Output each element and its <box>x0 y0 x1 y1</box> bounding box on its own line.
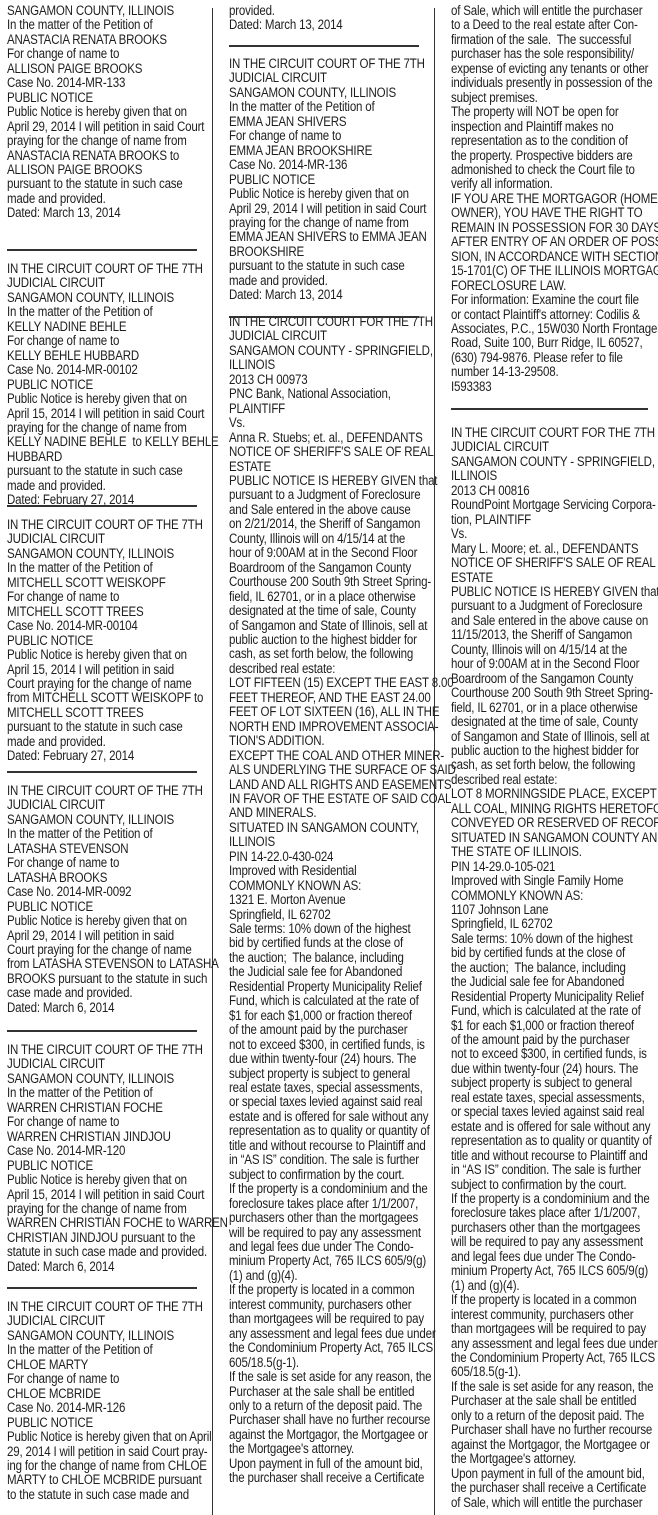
notice-line: If the property is located in a common <box>229 1283 429 1297</box>
notice-line: due within twenty-four (24) hours. The <box>451 1062 651 1076</box>
notice-line: HUBBARD <box>7 450 207 464</box>
notice-line: April 29, 2014 I will petition in said <box>7 929 207 943</box>
notice-line: Case No. 2014-MR-120 <box>7 1144 207 1158</box>
notice-line: the auction; The balance, including <box>451 961 651 975</box>
notice-line: Court praying for the change of name <box>7 677 207 691</box>
notice-line: subject to confirmation by the court. <box>451 1178 651 1192</box>
notice-line: Anna R. Stuebs; et. al., DEFENDANTS <box>229 431 429 445</box>
notice-line: tion, PLAINTIFF <box>451 513 651 527</box>
notice-line: $1 for each $1,000 or fraction thereof <box>451 1019 651 1033</box>
notice-line: Vs. <box>229 416 429 430</box>
notice-separator-rule <box>229 316 419 318</box>
notice-line: ILLINOIS <box>451 469 651 483</box>
notice-line: statute in such case made and provided. <box>7 1245 207 1259</box>
notice-line: Case No. 2014-MR-00104 <box>7 619 207 633</box>
notice-line: against the Mortgagor, the Mortgagee or <box>229 1428 429 1442</box>
notice-line: NORTH END IMPROVEMENT ASSOCIA- <box>229 720 429 734</box>
notice-line: title and without recourse to Plaintiff … <box>451 1149 651 1163</box>
notice-line: FORECLOSURE LAW. <box>451 279 651 293</box>
notice-line: interest community, purchasers other <box>229 1298 429 1312</box>
notice-line: and Sale entered in the above cause <box>229 503 429 517</box>
notice-line: public auction to the highest bidder for <box>451 744 651 758</box>
notice-line: Improved with Residential <box>229 864 429 878</box>
notice-line: made and provided. <box>7 735 207 749</box>
notice-line: IN THE CIRCUIT COURT FOR THE 7TH <box>451 426 651 440</box>
notice-line: the purchaser shall receive a Certificat… <box>451 1481 651 1495</box>
notice-line: Springfield, IL 62702 <box>451 917 651 931</box>
notice-line: Case No. 2014-MR-0092 <box>7 885 207 899</box>
notice-line: Residential Property Municipality Relief <box>451 990 651 1004</box>
notice-line: $1 for each $1,000 or fraction thereof <box>229 1009 429 1023</box>
notice-line: ALS UNDERLYING THE SURFACE OF SAID <box>229 763 429 777</box>
notice-line: individuals presently in possession of t… <box>451 76 651 90</box>
notice-line: OWNER), YOU HAVE THE RIGHT TO <box>451 206 651 220</box>
notice-line: Dated: March 13, 2014 <box>7 206 207 220</box>
notice-line: the Mortgagee's attorney. <box>451 1452 651 1466</box>
notice-line: PUBLIC NOTICE IS HEREBY GIVEN that <box>229 474 429 488</box>
legal-notice: IN THE CIRCUIT COURT OF THE 7THJUDICIAL … <box>7 518 207 764</box>
notice-line: LOT FIFTEEN (15) EXCEPT THE EAST 8.00 <box>229 676 429 690</box>
notice-line: SANGAMON COUNTY, ILLINOIS <box>7 4 207 18</box>
notice-line: THE STATE OF ILLINOIS. <box>451 845 651 859</box>
notice-line: PNC Bank, National Association, <box>229 387 429 401</box>
notice-line: the Judicial sale fee for Abandoned <box>451 975 651 989</box>
notice-line: from LATASHA STEVENSON to LATASHA <box>7 957 207 971</box>
notice-line: LATASHA BROOKS <box>7 871 207 885</box>
notice-line: estate and is offered for sale without a… <box>229 1110 429 1124</box>
notice-line: MITCHELL SCOTT TREES <box>7 706 207 720</box>
notice-line: subject premises. <box>451 91 651 105</box>
notice-line: Fund, which is calculated at the rate of <box>451 1004 651 1018</box>
notice-line: REMAIN IN POSSESSION FOR 30 DAYS <box>451 221 651 235</box>
notice-line: inspection and Plaintiff makes no <box>451 120 651 134</box>
notice-line: firmation of the sale. The successful <box>451 33 651 47</box>
notice-line: SANGAMON COUNTY, ILLINOIS <box>7 1329 207 1343</box>
notice-separator-rule <box>451 408 648 410</box>
notice-separator-rule <box>7 505 197 507</box>
notice-line: AND MINERALS. <box>229 806 429 820</box>
notice-line: PUBLIC NOTICE <box>7 1159 207 1173</box>
notice-line: In the matter of the Petition of <box>7 18 207 32</box>
notice-line: Purchaser at the sale shall be entitled <box>229 1385 429 1399</box>
notice-line: hour of 9:00AM at in the Second Floor <box>229 546 429 560</box>
notice-line: subject property is subject to general <box>451 1076 651 1090</box>
notice-line: cash, as set forth below, the following <box>229 647 429 661</box>
notice-line: In the matter of the Petition of <box>7 827 207 841</box>
notice-line: EMMA JEAN SHIVERS <box>229 115 429 129</box>
notice-line: PUBLIC NOTICE <box>7 378 207 392</box>
notice-line: number 14-13-29508. <box>451 365 651 379</box>
notice-line: representation as to quality or quantity… <box>451 1134 651 1148</box>
legal-notice: SANGAMON COUNTY, ILLINOISIn the matter o… <box>7 4 207 221</box>
notice-line: PLAINTIFF <box>229 402 429 416</box>
notice-line: SANGAMON COUNTY - SPRINGFIELD, <box>451 455 651 469</box>
notice-line: title and without recourse to Plaintiff … <box>229 1139 429 1153</box>
notice-line: MARTY to CHLOE MCBRIDE pursuant <box>7 1473 207 1487</box>
notice-line: Public Notice is hereby given that on <box>7 648 207 662</box>
notice-line: ALLISON PAIGE BROOKS <box>7 163 207 177</box>
notice-line: described real estate: <box>229 662 429 676</box>
notice-line: BROOKS pursuant to the statute in such <box>7 972 207 986</box>
notice-line: than mortgagees will be required to pay <box>451 1322 651 1336</box>
notice-line: IF YOU ARE THE MORTGAGOR (HOME- <box>451 192 651 206</box>
notice-line: the Mortgagee's attorney. <box>229 1442 429 1456</box>
notice-line: due within twenty-four (24) hours. The <box>229 1052 429 1066</box>
notice-line: pursuant to the statute in such case <box>7 177 207 191</box>
notice-line: made and provided. <box>229 274 429 288</box>
notice-line: against the Mortgagor, the Mortgagee or <box>451 1438 651 1452</box>
notice-line: provided. <box>229 4 429 18</box>
notice-line: designated at the time of sale, County <box>451 715 651 729</box>
notice-line: Case No. 2014-MR-00102 <box>7 363 207 377</box>
notice-line: If the property is a condominium and the <box>229 1182 429 1196</box>
notice-line: ANASTACIA RENATA BROOKS <box>7 33 207 47</box>
notice-line: IN FAVOR OF THE ESTATE OF SAID COAL <box>229 792 429 806</box>
notice-line: Dated: March 13, 2014 <box>229 18 429 32</box>
notice-line: pursuant to a Judgment of Foreclosure <box>451 599 651 613</box>
notice-line: MITCHELL SCOTT WEISKOPF <box>7 576 207 590</box>
notice-line: the purchaser shall receive a Certificat… <box>229 1471 429 1485</box>
notice-line: Dated: March 6, 2014 <box>7 1260 207 1274</box>
notice-line: of the amount paid by the purchaser <box>229 1023 429 1037</box>
notice-line: described real estate: <box>451 773 651 787</box>
notice-line: Boardroom of the Sangamon County <box>229 561 429 575</box>
notice-line: In the matter of the Petition of <box>7 561 207 575</box>
notice-line: If the sale is set aside for any reason,… <box>451 1380 651 1394</box>
notice-line: For change of name to <box>7 47 207 61</box>
notice-line: of Sale, which will entitle the purchase… <box>451 1496 651 1510</box>
notice-line: Public Notice is hereby given that on <box>7 105 207 119</box>
notice-line: KELLY NADINE BEHLE to KELLY BEHLE <box>7 435 207 449</box>
notice-line: For information: Examine the court file <box>451 293 651 307</box>
notice-line: April 15, 2014 I will petition in said <box>7 663 207 677</box>
notice-line: SANGAMON COUNTY - SPRINGFIELD, <box>229 344 429 358</box>
notice-line: ILLINOIS <box>229 358 429 372</box>
notice-line: pursuant to a Judgment of Foreclosure <box>229 488 429 502</box>
notice-line: Sale terms: 10% down of the highest <box>451 932 651 946</box>
notice-line: AFTER ENTRY OF AN ORDER OF POSSES- <box>451 235 651 249</box>
notice-line: representation as to quality or quantity… <box>229 1124 429 1138</box>
notice-line: CHLOE MARTY <box>7 1358 207 1372</box>
notice-line: and legal fees due under The Condo- <box>451 1250 651 1264</box>
notice-line: Vs. <box>451 527 651 541</box>
notice-line: WARREN CHRISTIAN FOCHE <box>7 1101 207 1115</box>
notice-line: April 15, 2014 I will petition in said C… <box>7 1188 207 1202</box>
notice-line: real estate taxes, special assessments, <box>229 1081 429 1095</box>
notice-line: Case No. 2014-MR-136 <box>229 158 429 172</box>
notice-line: SITUATED IN SANGAMON COUNTY AND <box>451 831 651 845</box>
notice-line: Fund, which is calculated at the rate of <box>229 994 429 1008</box>
notice-line: PUBLIC NOTICE <box>229 173 429 187</box>
notice-line: For change of name to <box>7 1372 207 1386</box>
notice-line: purchaser has the sole responsibility/ <box>451 47 651 61</box>
notice-line: CHRISTIAN JINDJOU pursuant to the <box>7 1231 207 1245</box>
notice-line: PUBLIC NOTICE <box>7 91 207 105</box>
notice-line: of Sale, which will entitle the purchase… <box>451 4 651 18</box>
notice-line: If the property is a condominium and the <box>451 1192 651 1206</box>
notice-line: PUBLIC NOTICE IS HEREBY GIVEN that <box>451 585 651 599</box>
notice-line: IN THE CIRCUIT COURT OF THE 7TH <box>7 262 207 276</box>
notice-line: ILLINOIS <box>229 835 429 849</box>
notice-line: the Condominium Property Act, 765 ILCS <box>451 1351 651 1365</box>
notice-line: In the matter of the Petition of <box>229 100 429 114</box>
notice-line: PIN 14-22.0-430-024 <box>229 850 429 864</box>
legal-notice: IN THE CIRCUIT COURT FOR THE 7THJUDICIAL… <box>451 426 651 1510</box>
notice-line: COMMONLY KNOWN AS: <box>229 879 429 893</box>
notice-line: Case No. 2014-MR-126 <box>7 1401 207 1415</box>
notice-separator-rule <box>7 1030 197 1032</box>
notice-line: only to a return of the deposit paid. Th… <box>451 1409 651 1423</box>
notice-line: ALL COAL, MINING RIGHTS HERETOFORE <box>451 802 651 816</box>
notice-line: the property. Prospective bidders are <box>451 149 651 163</box>
notice-line: case made and provided. <box>7 986 207 1000</box>
notice-line: will be required to pay any assessment <box>451 1235 651 1249</box>
notice-line: ESTATE <box>451 571 651 585</box>
notice-line: Case No. 2014-MR-133 <box>7 76 207 90</box>
notice-line: Courthouse 200 South 9th Street Spring- <box>229 575 429 589</box>
notice-line: EXCEPT THE COAL AND OTHER MINER- <box>229 749 429 763</box>
notice-line: JUDICIAL CIRCUIT <box>7 1057 207 1071</box>
notice-line: April 29, 2014 I will petition in said C… <box>229 202 429 216</box>
notice-line: foreclosure takes place after 1/1/2007, <box>229 1197 429 1211</box>
notice-line: Public Notice is hereby given that on <box>7 914 207 928</box>
notice-line: only to a return of the deposit paid. Th… <box>229 1399 429 1413</box>
notice-line: 1107 Johnson Lane <box>451 903 651 917</box>
notice-line: April 29, 2014 I will petition in said C… <box>7 120 207 134</box>
notice-line: SANGAMON COUNTY, ILLINOIS <box>229 86 429 100</box>
notice-line: (630) 794-9876. Please refer to file <box>451 351 651 365</box>
notice-line: LATASHA STEVENSON <box>7 842 207 856</box>
notice-line: SITUATED IN SANGAMON COUNTY, <box>229 821 429 835</box>
notice-line: LAND AND ALL RIGHTS AND EASEMENTS <box>229 778 429 792</box>
notice-line: of Sangamon and State of Illinois, sell … <box>229 619 429 633</box>
legal-notice: IN THE CIRCUIT COURT OF THE 7THJUDICIAL … <box>7 784 207 1015</box>
notice-line: JUDICIAL CIRCUIT <box>7 1314 207 1328</box>
notice-line: CONVEYED OR RESERVED OF RECORD. <box>451 816 651 830</box>
notice-line: the auction; The balance, including <box>229 951 429 965</box>
notice-line: JUDICIAL CIRCUIT <box>451 440 651 454</box>
notice-line: made and provided. <box>7 192 207 206</box>
notice-separator-rule <box>229 45 419 47</box>
notice-line: praying for the change of name from <box>7 421 207 435</box>
notice-line: pursuant to the statute in such case <box>7 464 207 478</box>
notice-line: 29, 2014 I will petition in said Court p… <box>7 1445 207 1459</box>
notice-line: IN THE CIRCUIT COURT OF THE 7TH <box>7 518 207 532</box>
notice-line: real estate taxes, special assessments, <box>451 1091 651 1105</box>
notice-line: Public Notice is hereby given that on <box>229 187 429 201</box>
legal-notice: of Sale, which will entitle the purchase… <box>451 4 651 394</box>
notice-line: Courthouse 200 South 9th Street Spring- <box>451 686 651 700</box>
notice-line: or contact Plaintiff's attorney: Codilis… <box>451 308 651 322</box>
notice-line: For change of name to <box>229 129 429 143</box>
notice-line: SANGAMON COUNTY, ILLINOIS <box>7 547 207 561</box>
legal-notice: IN THE CIRCUIT COURT OF THE 7THJUDICIAL … <box>7 262 207 508</box>
notice-line: purchasers other than the mortgagees <box>451 1221 651 1235</box>
notice-line: For change of name to <box>7 856 207 870</box>
notice-line: In the matter of the Petition of <box>7 1343 207 1357</box>
notice-line: In the matter of the Petition of <box>7 305 207 319</box>
notice-line: NOTICE OF SHERIFF'S SALE OF REAL <box>451 556 651 570</box>
notice-line: 2013 CH 00973 <box>229 373 429 387</box>
notice-line: Upon payment in full of the amount bid, <box>451 1467 651 1481</box>
column-divider <box>212 8 213 1515</box>
notice-line: or special taxes levied against said rea… <box>451 1105 651 1119</box>
notice-line: interest community, purchasers other <box>451 1308 651 1322</box>
notice-line: bid by certified funds at the close of <box>451 946 651 960</box>
notice-line: FEET OF LOT SIXTEEN (16), ALL IN THE <box>229 705 429 719</box>
notice-line: WARREN CHRISTIAN FOCHE to WARREN <box>7 1216 207 1230</box>
notice-line: verify all information. <box>451 177 651 191</box>
notice-line: PUBLIC NOTICE <box>7 900 207 914</box>
notice-line: I593383 <box>451 380 651 394</box>
notice-line: IN THE CIRCUIT COURT OF THE 7TH <box>229 57 429 71</box>
notice-line: to the statute in such case made and <box>7 1488 207 1502</box>
notice-line: of Sangamon and State of Illinois, sell … <box>451 730 651 744</box>
notice-line: Dated: February 27, 2014 <box>7 749 207 763</box>
notice-line: purchasers other than the mortgagees <box>229 1211 429 1225</box>
notice-line: any assessment and legal fees due under <box>229 1327 429 1341</box>
notice-line: SION, IN ACCORDANCE WITH SECTION <box>451 250 651 264</box>
notice-line: MITCHELL SCOTT TREES <box>7 605 207 619</box>
notice-separator-rule <box>7 249 197 251</box>
notice-line: to a Deed to the real estate after Con- <box>451 18 651 32</box>
notice-line: 15-1701(C) OF THE ILLINOIS MORTGAGE <box>451 264 651 278</box>
notice-line: 605/18.5(g-1). <box>229 1356 429 1370</box>
notice-line: Springfield, IL 62702 <box>229 908 429 922</box>
notice-line: TION'S ADDITION. <box>229 734 429 748</box>
notice-line: estate and is offered for sale without a… <box>451 1120 651 1134</box>
notice-line: JUDICIAL CIRCUIT <box>7 798 207 812</box>
notice-line: Improved with Single Family Home <box>451 874 651 888</box>
notice-line: of the amount paid by the purchaser <box>451 1033 651 1047</box>
notice-line: admonished to check the Court file to <box>451 163 651 177</box>
notice-line: County, Illinois will on 4/15/14 at the <box>229 532 429 546</box>
notice-line: field, IL 62701, or in a place otherwise <box>451 701 651 715</box>
notice-line: CHLOE MCBRIDE <box>7 1387 207 1401</box>
notice-line: (1) and (g)(4). <box>451 1279 651 1293</box>
notice-line: If the sale is set aside for any reason,… <box>229 1370 429 1384</box>
notice-line: or special taxes levied against said rea… <box>229 1095 429 1109</box>
notice-line: pursuant to the statute in such case <box>7 720 207 734</box>
notice-line: bid by certified funds at the close of <box>229 936 429 950</box>
notice-line: Purchaser at the sale shall be entitled <box>451 1394 651 1408</box>
notice-line: Road, Suite 100, Burr Ridge, IL 60527, <box>451 336 651 350</box>
notice-line: IN THE CIRCUIT COURT OF THE 7TH <box>7 1300 207 1314</box>
legal-notice: IN THE CIRCUIT COURT FOR THE 7THJUDICIAL… <box>229 315 429 1486</box>
notice-line: NOTICE OF SHERIFF'S SALE OF REAL <box>229 445 429 459</box>
notice-line: 605/18.5(g-1). <box>451 1365 651 1379</box>
notice-line: EMMA JEAN SHIVERS to EMMA JEAN <box>229 230 429 244</box>
notice-line: and Sale entered in the above cause on <box>451 614 651 628</box>
legal-notice: IN THE CIRCUIT COURT OF THE 7THJUDICIAL … <box>7 1043 207 1274</box>
notice-line: For change of name to <box>7 590 207 604</box>
notice-line: Public Notice is hereby given that on <box>7 392 207 406</box>
notice-line: praying for the change of name from <box>7 134 207 148</box>
notice-line: KELLY BEHLE HUBBARD <box>7 349 207 363</box>
notice-line: Boardroom of the Sangamon County <box>451 672 651 686</box>
notice-line: ALLISON PAIGE BROOKS <box>7 62 207 76</box>
notice-line: Public Notice is hereby given that on <box>7 1173 207 1187</box>
notice-line: Court praying for the change of name <box>7 943 207 957</box>
notice-line: on 2/21/2014, the Sheriff of Sangamon <box>229 517 429 531</box>
notice-line: Sale terms: 10% down of the highest <box>229 922 429 936</box>
notice-line: Associates, P.C., 15W030 North Frontage <box>451 322 651 336</box>
notice-line: SANGAMON COUNTY, ILLINOIS <box>7 813 207 827</box>
notice-line: Upon payment in full of the amount bid, <box>229 1457 429 1471</box>
notice-line: RoundPoint Mortgage Servicing Corpora- <box>451 498 651 512</box>
notice-line: Mary L. Moore; et. al., DEFENDANTS <box>451 542 651 556</box>
notice-line: JUDICIAL CIRCUIT <box>229 71 429 85</box>
notice-line: subject to confirmation by the court. <box>229 1168 429 1182</box>
notice-line: JUDICIAL CIRCUIT <box>7 276 207 290</box>
notice-line: the Condominium Property Act, 765 ILCS <box>229 1341 429 1355</box>
notice-line: In the matter of the Petition of <box>7 1086 207 1100</box>
notice-line: minium Property Act, 765 ILCS 605/9(g) <box>229 1254 429 1268</box>
notice-line: Purchaser shall have no further recourse <box>229 1413 429 1427</box>
notice-line: For change of name to <box>7 334 207 348</box>
notice-separator-rule <box>7 1287 197 1289</box>
notice-line: any assessment and legal fees due under <box>451 1337 651 1351</box>
notice-line: the Judicial sale fee for Abandoned <box>229 965 429 979</box>
notice-line: hour of 9:00AM at in the Second Floor <box>451 657 651 671</box>
notice-line: SANGAMON COUNTY, ILLINOIS <box>7 291 207 305</box>
notice-line: PUBLIC NOTICE <box>7 634 207 648</box>
notice-line: Purchaser shall have no further recourse <box>451 1423 651 1437</box>
notice-line: BROOKSHIRE <box>229 245 429 259</box>
notice-line: 2013 CH 00816 <box>451 484 651 498</box>
notice-line: cash, as set forth below, the following <box>451 758 651 772</box>
notice-line: field, IL 62701, or in a place otherwise <box>229 590 429 604</box>
notice-line: PIN 14-29.0-105-021 <box>451 860 651 874</box>
notice-line: Public Notice is hereby given that on Ap… <box>7 1430 207 1444</box>
notice-line: Dated: March 6, 2014 <box>7 1001 207 1015</box>
notice-line: IN THE CIRCUIT COURT OF THE 7TH <box>7 1043 207 1057</box>
notice-line: JUDICIAL CIRCUIT <box>7 532 207 546</box>
notice-line: 1321 E. Morton Avenue <box>229 893 429 907</box>
notice-line: subject property is subject to general <box>229 1067 429 1081</box>
notice-line: foreclosure takes place after 1/1/2007, <box>451 1206 651 1220</box>
notice-line: 11/15/2013, the Sheriff of Sangamon <box>451 628 651 642</box>
notice-line: JUDICIAL CIRCUIT <box>229 329 429 343</box>
notice-line: Residential Property Municipality Relief <box>229 980 429 994</box>
notice-line: praying for the change of name from <box>229 216 429 230</box>
notice-line: ANASTACIA RENATA BROOKS to <box>7 149 207 163</box>
notice-line: in “AS IS” condition. The sale is furthe… <box>229 1153 429 1167</box>
notice-line: will be required to pay any assessment <box>229 1226 429 1240</box>
notice-line: For change of name to <box>7 1115 207 1129</box>
notice-line: April 15, 2014 I will petition in said C… <box>7 407 207 421</box>
notice-line: in “AS IS” condition. The sale is furthe… <box>451 1163 651 1177</box>
legal-notices-page: SANGAMON COUNTY, ILLINOISIn the matter o… <box>0 0 658 1515</box>
notice-line: designated at the time of sale, County <box>229 604 429 618</box>
notice-line: pursuant to the statute in such case <box>229 259 429 273</box>
notice-line: FEET THEREOF, AND THE EAST 24.00 <box>229 691 429 705</box>
notice-line: (1) and (g)(4). <box>229 1269 429 1283</box>
legal-notice: IN THE CIRCUIT COURT OF THE 7THJUDICIAL … <box>7 1300 207 1502</box>
notice-line: expense of evicting any tenants or other <box>451 62 651 76</box>
notice-line: made and provided. <box>7 479 207 493</box>
notice-line: ing for the change of name from CHLOE <box>7 1459 207 1473</box>
legal-notice: IN THE CIRCUIT COURT OF THE 7THJUDICIAL … <box>229 57 429 303</box>
notice-line: IN THE CIRCUIT COURT OF THE 7TH <box>7 784 207 798</box>
notice-line: than mortgagees will be required to pay <box>229 1312 429 1326</box>
notice-line: from MITCHELL SCOTT WEISKOPF to <box>7 691 207 705</box>
notice-separator-rule <box>7 771 197 773</box>
legal-notice: provided.Dated: March 13, 2014 <box>229 4 429 33</box>
notice-line: PUBLIC NOTICE <box>7 1416 207 1430</box>
notice-line: COMMONLY KNOWN AS: <box>451 889 651 903</box>
notice-line: LOT 8 MORNINGSIDE PLACE, EXCEPT <box>451 787 651 801</box>
